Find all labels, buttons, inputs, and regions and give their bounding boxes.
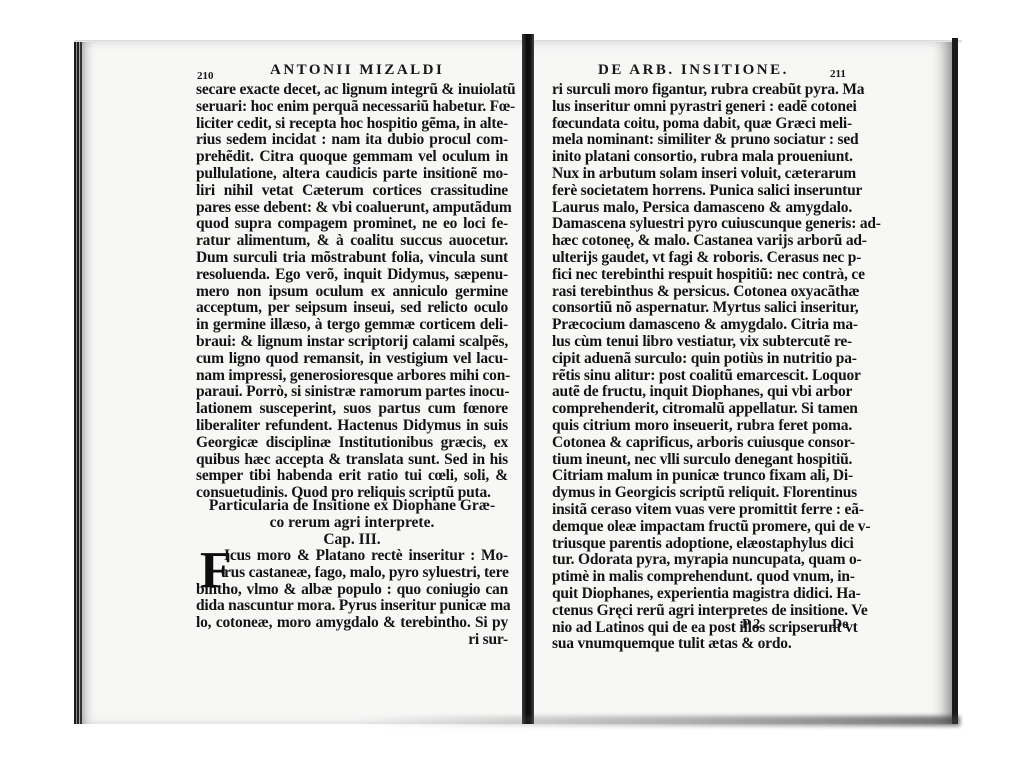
text-line: rasi terebinthus & persicus. Cotonea oxy…	[552, 284, 852, 301]
text-line: Præcocium damasceno & amygdalo. Citria m…	[552, 317, 852, 334]
text-line: ulterijs gaudet, vt fagi & roboris. Cera…	[552, 250, 852, 267]
text-line: in germine illæso, à tergo gemmæ cortice…	[196, 317, 508, 334]
text-line: ri surculi moro figantur, rubra creabũt …	[552, 82, 852, 99]
book-gutter	[522, 34, 534, 724]
text-line: rius sedem incidat : nam ita dubio procu…	[196, 132, 508, 149]
text-line: triusque parentis adoptione, elæostaphyl…	[552, 536, 852, 553]
text-line: quod supra compagem prominet, ne eo loci…	[196, 216, 508, 233]
text-line: ratur alimentum, & à coalitu succus auoc…	[196, 233, 508, 250]
text-line: pares esse debent: & vbi coaluerunt, amp…	[196, 200, 508, 217]
left-running-head: ANTONII MIZALDI	[270, 62, 444, 79]
text-line: lationem susceperint, suos partus cum fœ…	[196, 401, 508, 418]
text-line: Icus moro & Platano rectè inseritur : Mo…	[196, 548, 508, 565]
text-line: hæc cotoneę, & malo. Castanea varijs arb…	[552, 233, 852, 250]
text-line: bintho, vlmo & albæ populo : quo coniugi…	[196, 582, 508, 599]
signature-mark: P 2	[742, 617, 760, 633]
text-line: prehẽdit. Citra quoque gemmam vel oculum…	[196, 149, 508, 166]
text-line: sua vnumquemque tulit ætas & ordo.	[552, 636, 852, 653]
text-line: demque oleæ impactam fructũ promere, qui…	[552, 519, 852, 536]
text-line: autẽ de fructu, inquit Diophanes, qui vb…	[552, 384, 852, 401]
text-line: liri nihil vetat Cæterum cortices crassi…	[196, 183, 508, 200]
text-line: ferè societatem horrens. Punica salici i…	[552, 183, 852, 200]
text-line: consortiũ nõ aspernatur. Myrtus salici i…	[552, 300, 852, 317]
catchword: ri sur-	[196, 632, 508, 649]
catchword: De	[832, 617, 848, 633]
text-line: dymus in Georgicis scriptũ reliquit. Flo…	[552, 485, 852, 502]
text-line: fœcundata coitu, poma dabit, quæ Græci m…	[552, 116, 852, 133]
left-page-edges	[74, 42, 82, 724]
text-line: mero non ipsum oculum ex anniculo germin…	[196, 284, 508, 301]
text-line: cipit aduenã surculo: quin potiùs in nut…	[552, 351, 852, 368]
chapter-body-text: Icus moro & Platano rectè inseritur : Mo…	[196, 548, 508, 649]
text-line: inito platani consortio, rubra mala prou…	[552, 149, 852, 166]
text-line: ptimè in malis comprehendunt. quod vnum,…	[552, 569, 852, 586]
text-line: lo, cotoneæ, moro amygdalo & terebintho.…	[196, 615, 508, 632]
text-line: quis citrium moro inseuerit, rubra feret…	[552, 418, 852, 435]
text-line: Laurus malo, Persica damasceno & amygdal…	[552, 200, 852, 217]
text-line: pullulatione, altera caudicis parte insi…	[196, 166, 508, 183]
right-running-head: DE ARB. INSITIONE.	[598, 62, 789, 79]
page-bottom-shadow	[360, 716, 960, 726]
text-line: semper tibi habenda erit ratio tui cœli,…	[196, 468, 508, 485]
text-line: mela nominant: similiter & pruno sociatu…	[552, 132, 852, 149]
chapter-heading-line: co rerum agri interprete.	[196, 514, 508, 531]
text-line: insitã ceraso vitem vuas vere promittit …	[552, 502, 852, 519]
text-line: dida nascuntur mora. Pyrus inseritur pun…	[196, 598, 508, 615]
text-line: liberaliter refundent. Hactenus Didymus …	[196, 418, 508, 435]
right-body-text: ri surculi moro figantur, rubra creabũt …	[552, 82, 852, 653]
text-line: ctenus Gręci rerũ agri interpretes de in…	[552, 603, 852, 620]
text-line: resoluenda. Ego verõ, inquit Didymus, sæ…	[196, 267, 508, 284]
text-line: rus castaneæ, fago, malo, pyro syluestri…	[196, 565, 508, 582]
text-line: Damascena syluestri pyro cuiuscunque gen…	[552, 216, 852, 233]
text-line: Nux in arbutum solam inseri voluit, cæte…	[552, 166, 852, 183]
text-line: comprehenderit, citromalũ appellatur. Si…	[552, 401, 852, 418]
text-line: tur. Odorata pyra, myrapia nuncupata, qu…	[552, 552, 852, 569]
text-line: lus cùm tenui libro vestiatur, vix subte…	[552, 334, 852, 351]
text-line: Georgicæ disciplinæ Institutionibus græc…	[196, 435, 508, 452]
text-line: tium ineunt, nec vlli surculo denegant h…	[552, 452, 852, 469]
text-line: nam impressi, generosioresque arbores mi…	[196, 368, 508, 385]
text-line: acceptum, per seipsum inseui, sed relict…	[196, 300, 508, 317]
text-line: cum ligno quod remansit, in vestigium ve…	[196, 351, 508, 368]
text-line: paraui. Porrò, si sinistræ ramorum parte…	[196, 384, 508, 401]
text-line: rẽtis sinu alitur: post coalitũ emarcesc…	[552, 368, 852, 385]
left-body-text: secare exacte decet, ac lignum integrũ &…	[196, 82, 508, 502]
chapter-number: Cap. III.	[196, 531, 508, 548]
text-line: quibus hæc accepta & translata sunt. Sed…	[196, 452, 508, 469]
right-page-edge	[952, 38, 958, 724]
text-line: nio ad Latinos qui de ea post illos scri…	[552, 620, 852, 637]
text-line: secare exacte decet, ac lignum integrũ &…	[196, 82, 508, 99]
text-line: fici nec terebinthi respuit hospitiũ: ne…	[552, 267, 852, 284]
chapter-heading-line: Particularia de Insitione ex Diophane Gr…	[196, 497, 508, 514]
text-line: Dum surculi tria mõstrabunt folia, vincu…	[196, 250, 508, 267]
right-page-number: 211	[830, 68, 846, 80]
text-line: quit Diophanes, experientia magistra did…	[552, 586, 852, 603]
text-line: seruari: hoc enim perquã necessariũ habe…	[196, 99, 508, 116]
text-line: Cotonea & caprificus, arboris cuiusque c…	[552, 435, 852, 452]
text-line: lus inseritur omni pyrastri generi : ead…	[552, 99, 852, 116]
chapter-heading: Particularia de Insitione ex Diophane Gr…	[196, 497, 508, 548]
text-line: braui: & lignum instar scriptorij calami…	[196, 334, 508, 351]
text-line: Citriam malum in punicæ trunco fixam ali…	[552, 468, 852, 485]
text-line: liciter cedit, si recepta hoc hospitio g…	[196, 116, 508, 133]
